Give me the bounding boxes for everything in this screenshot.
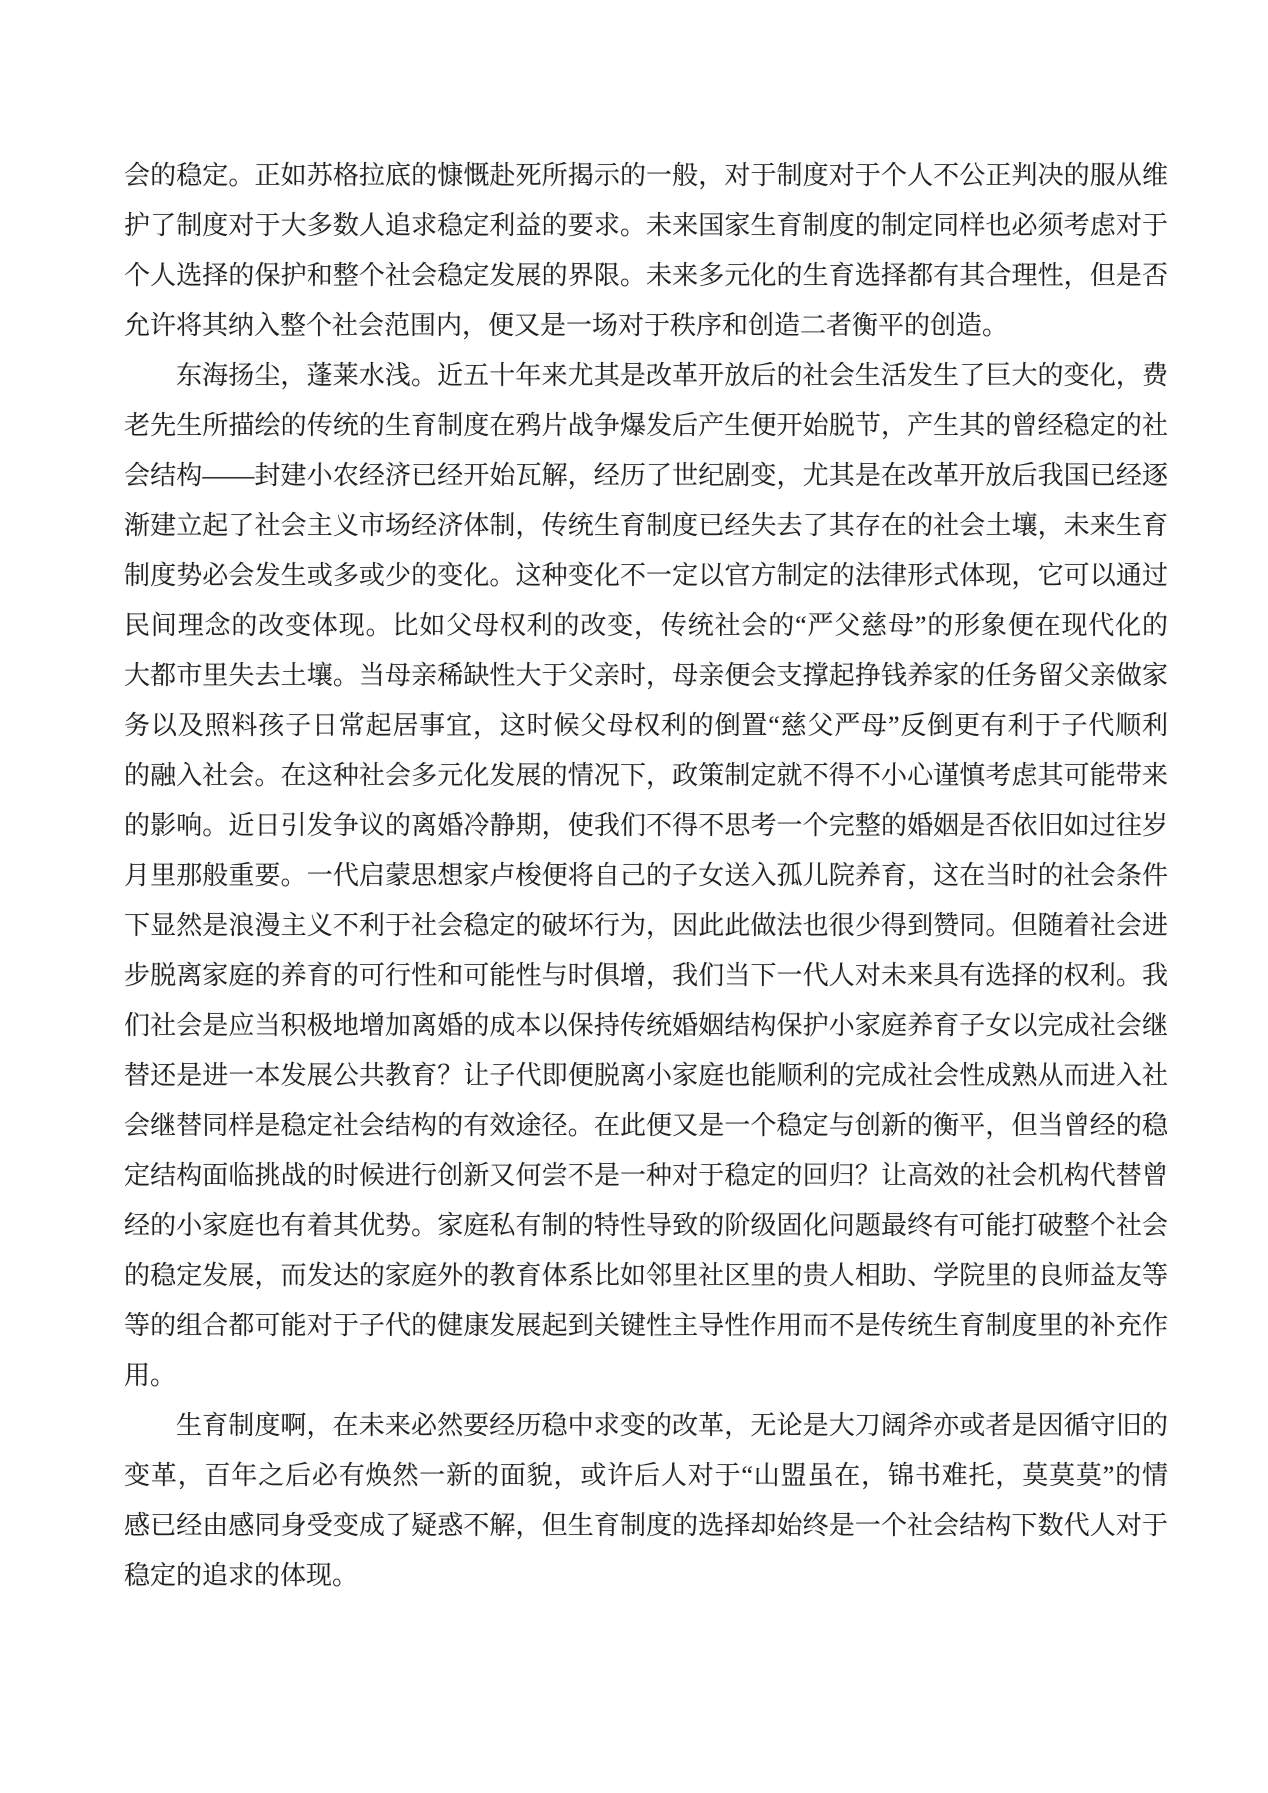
text-line: 个人选择的保护和整个社会稳定发展的界限。未来多元化的生育选择都有其合理性，但是否 <box>124 251 1168 301</box>
text-line: 稳定的追求的体现。 <box>124 1551 1168 1601</box>
text-line: 的影响。近日引发争议的离婚冷静期，使我们不得不思考一个完整的婚姻是否依旧如过往岁 <box>124 801 1168 851</box>
text-line: 替还是进一本发展公共教育？让子代即便脱离小家庭也能顺利的完成社会性成熟从而进入社 <box>124 1051 1168 1101</box>
text-line: 的融入社会。在这种社会多元化发展的情况下，政策制定就不得不小心谨慎考虑其可能带来 <box>124 751 1168 801</box>
text-line: 务以及照料孩子日常起居事宜，这时候父母权利的倒置“慈父严母”反倒更有利于子代顺利 <box>124 701 1168 751</box>
text-line: 们社会是应当积极地增加离婚的成本以保持传统婚姻结构保护小家庭养育子女以完成社会继 <box>124 1001 1168 1051</box>
text-line: 大都市里失去土壤。当母亲稀缺性大于父亲时，母亲便会支撑起挣钱养家的任务留父亲做家 <box>124 651 1168 701</box>
text-line: 用。 <box>124 1351 1168 1401</box>
text-line: 等的组合都可能对于子代的健康发展起到关键性主导性作用而不是传统生育制度里的补充作 <box>124 1301 1168 1351</box>
text-line: 渐建立起了社会主义市场经济体制，传统生育制度已经失去了其存在的社会土壤，未来生育 <box>124 501 1168 551</box>
text-line: 经的小家庭也有着其优势。家庭私有制的特性导致的阶级固化问题最终有可能打破整个社会 <box>124 1201 1168 1251</box>
text-line: 步脱离家庭的养育的可行性和可能性与时俱增，我们当下一代人对未来具有选择的权利。我 <box>124 951 1168 1001</box>
text-line: 月里那般重要。一代启蒙思想家卢梭便将自己的子女送入孤儿院养育，这在当时的社会条件 <box>124 851 1168 901</box>
text-line: 允许将其纳入整个社会范围内，便又是一场对于秩序和创造二者衡平的创造。 <box>124 301 1168 351</box>
paragraph: 会的稳定。正如苏格拉底的慷慨赴死所揭示的一般，对于制度对于个人不公正判决的服从维… <box>124 151 1168 351</box>
paragraph: 东海扬尘，蓬莱水浅。近五十年来尤其是改革开放后的社会生活发生了巨大的变化，费老先… <box>124 351 1168 1401</box>
text-line: 感已经由感同身受变成了疑惑不解，但生育制度的选择却始终是一个社会结构下数代人对于 <box>124 1501 1168 1551</box>
text-line: 会的稳定。正如苏格拉底的慷慨赴死所揭示的一般，对于制度对于个人不公正判决的服从维 <box>124 151 1168 201</box>
text-line: 民间理念的改变体现。比如父母权利的改变，传统社会的“严父慈母”的形象便在现代化的 <box>124 601 1168 651</box>
text-line: 会继替同样是稳定社会结构的有效途径。在此便又是一个稳定与创新的衡平，但当曾经的稳 <box>124 1101 1168 1151</box>
text-line: 生育制度啊，在未来必然要经历稳中求变的改革，无论是大刀阔斧亦或者是因循守旧的 <box>124 1401 1168 1451</box>
text-line: 下显然是浪漫主义不利于社会稳定的破坏行为，因此此做法也很少得到赞同。但随着社会进 <box>124 901 1168 951</box>
text-line: 变革，百年之后必有焕然一新的面貌，或许后人对于“山盟虽在，锦书难托，莫莫莫”的情 <box>124 1451 1168 1501</box>
text-line: 会结构——封建小农经济已经开始瓦解，经历了世纪剧变，尤其是在改革开放后我国已经逐 <box>124 451 1168 501</box>
text-line: 老先生所描绘的传统的生育制度在鸦片战争爆发后产生便开始脱节，产生其的曾经稳定的社 <box>124 401 1168 451</box>
text-line: 东海扬尘，蓬莱水浅。近五十年来尤其是改革开放后的社会生活发生了巨大的变化，费 <box>124 351 1168 401</box>
text-line: 的稳定发展，而发达的家庭外的教育体系比如邻里社区里的贵人相助、学院里的良师益友等 <box>124 1251 1168 1301</box>
text-line: 定结构面临挑战的时候进行创新又何尝不是一种对于稳定的回归？让高效的社会机构代替曾 <box>124 1151 1168 1201</box>
text-line: 护了制度对于大多数人追求稳定利益的要求。未来国家生育制度的制定同样也必须考虑对于 <box>124 201 1168 251</box>
text-line: 制度势必会发生或多或少的变化。这种变化不一定以官方制定的法律形式体现，它可以通过 <box>124 551 1168 601</box>
paragraph: 生育制度啊，在未来必然要经历稳中求变的改革，无论是大刀阔斧亦或者是因循守旧的变革… <box>124 1401 1168 1601</box>
document-page: 会的稳定。正如苏格拉底的慷慨赴死所揭示的一般，对于制度对于个人不公正判决的服从维… <box>0 0 1268 1793</box>
